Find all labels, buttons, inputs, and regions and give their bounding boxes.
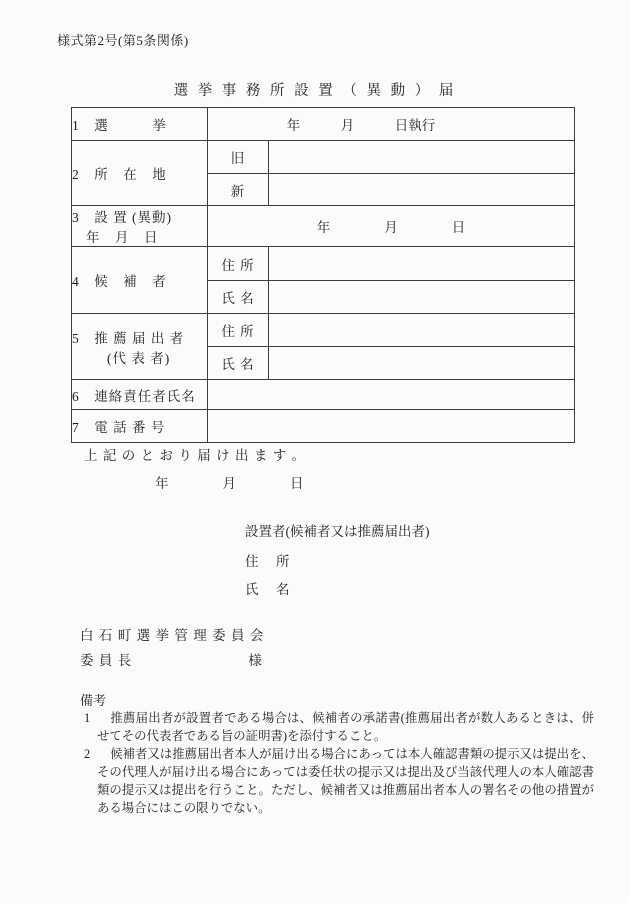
setup-date-label: 3 設 置 (異動) 年 月 日: [72, 206, 208, 247]
nominator-label-line1: 5 推 薦 届 出 者: [72, 327, 207, 347]
phone-label: 7 電 話 番 号: [72, 410, 208, 443]
location-old-field: [269, 141, 575, 174]
setup-date-label-line2: 年 月 日: [72, 226, 207, 246]
location-new-sublabel: 新: [208, 174, 269, 206]
candidate-label: 4 候 補 者: [72, 247, 208, 314]
form-table: 1 選 挙 年 月 日執行 2 所 在 地 旧 新 3 設 置 (異動) 年 月…: [71, 107, 575, 443]
remark-item: 1推薦届出者が設置者である場合は、候補者の承諾書(推薦届出者が数人あるときは、併…: [84, 709, 594, 745]
nominator-address-field: [269, 314, 575, 347]
addressee-committee: 白 石 町 選 挙 管 理 委 員 会: [80, 624, 264, 644]
nominator-address-sublabel: 住 所: [208, 314, 269, 347]
nominator-label: 5 推 薦 届 出 者 (代 表 者): [72, 314, 208, 380]
declaration-statement: 上 記 の と お り 届 け 出 ま す 。: [84, 444, 306, 464]
declaration-date-line: 年 月 日: [155, 472, 304, 492]
table-row-candidate-address: 4 候 補 者 住 所: [72, 247, 575, 281]
candidate-address-sublabel: 住 所: [208, 247, 269, 281]
addressee-chairman-line: 委 員 長様: [80, 649, 263, 669]
remark-item: 2候補者又は推薦届出者本人が届け出る場合にあっては本人確認書類の提示又は提出を、…: [84, 745, 594, 817]
filer-address-label: 住 所: [245, 550, 292, 570]
nominator-label-line2: (代 表 者): [72, 347, 207, 367]
remarks-heading: 備考: [80, 690, 106, 709]
candidate-name-field: [269, 281, 575, 314]
table-row-contact: 6 連絡責任者氏名: [72, 380, 575, 410]
table-row-setup-date: 3 設 置 (異動) 年 月 日 年 月 日: [72, 206, 575, 247]
setup-date-field: 年 月 日: [208, 206, 575, 247]
table-row-phone: 7 電 話 番 号: [72, 410, 575, 443]
contact-field: [208, 380, 575, 410]
phone-field: [208, 410, 575, 443]
table-row-location-old: 2 所 在 地 旧: [72, 141, 575, 174]
form-number: 様式第2号(第5条関係): [57, 30, 189, 49]
filer-name-label: 氏 名: [245, 578, 292, 598]
remark-text: 候補者又は推薦届出者本人が届け出る場合にあっては本人確認書類の提示又は提出を、そ…: [97, 747, 594, 815]
candidate-address-field: [269, 247, 575, 281]
location-label: 2 所 在 地: [72, 141, 208, 206]
nominator-name-field: [269, 347, 575, 380]
location-new-field: [269, 174, 575, 206]
setup-date-label-line1: 3 設 置 (異動): [72, 206, 207, 226]
table-row-nominator-address: 5 推 薦 届 出 者 (代 表 者) 住 所: [72, 314, 575, 347]
candidate-name-sublabel: 氏 名: [208, 281, 269, 314]
chairman-label: 委 員 長: [80, 653, 132, 668]
page-title: 選 挙 事 務 所 設 置 （ 異 動 ） 届: [0, 79, 630, 100]
honorific-label: 様: [248, 653, 263, 668]
table-row-election: 1 選 挙 年 月 日執行: [72, 108, 575, 141]
nominator-name-sublabel: 氏 名: [208, 347, 269, 380]
document-page: 様式第2号(第5条関係) 選 挙 事 務 所 設 置 （ 異 動 ） 届 1 選…: [0, 0, 630, 903]
remark-text: 推薦届出者が設置者である場合は、候補者の承諾書(推薦届出者が数人あるときは、併せ…: [97, 711, 594, 743]
election-date-field: 年 月 日執行: [208, 108, 575, 141]
contact-label: 6 連絡責任者氏名: [72, 380, 208, 410]
filer-heading: 設置者(候補者又は推薦届出者): [245, 520, 430, 540]
remark-number: 2: [84, 747, 110, 761]
election-label: 1 選 挙: [72, 108, 208, 141]
remark-number: 1: [84, 711, 110, 725]
remarks-list: 1推薦届出者が設置者である場合は、候補者の承諾書(推薦届出者が数人あるときは、併…: [84, 709, 594, 817]
location-old-sublabel: 旧: [208, 141, 269, 174]
